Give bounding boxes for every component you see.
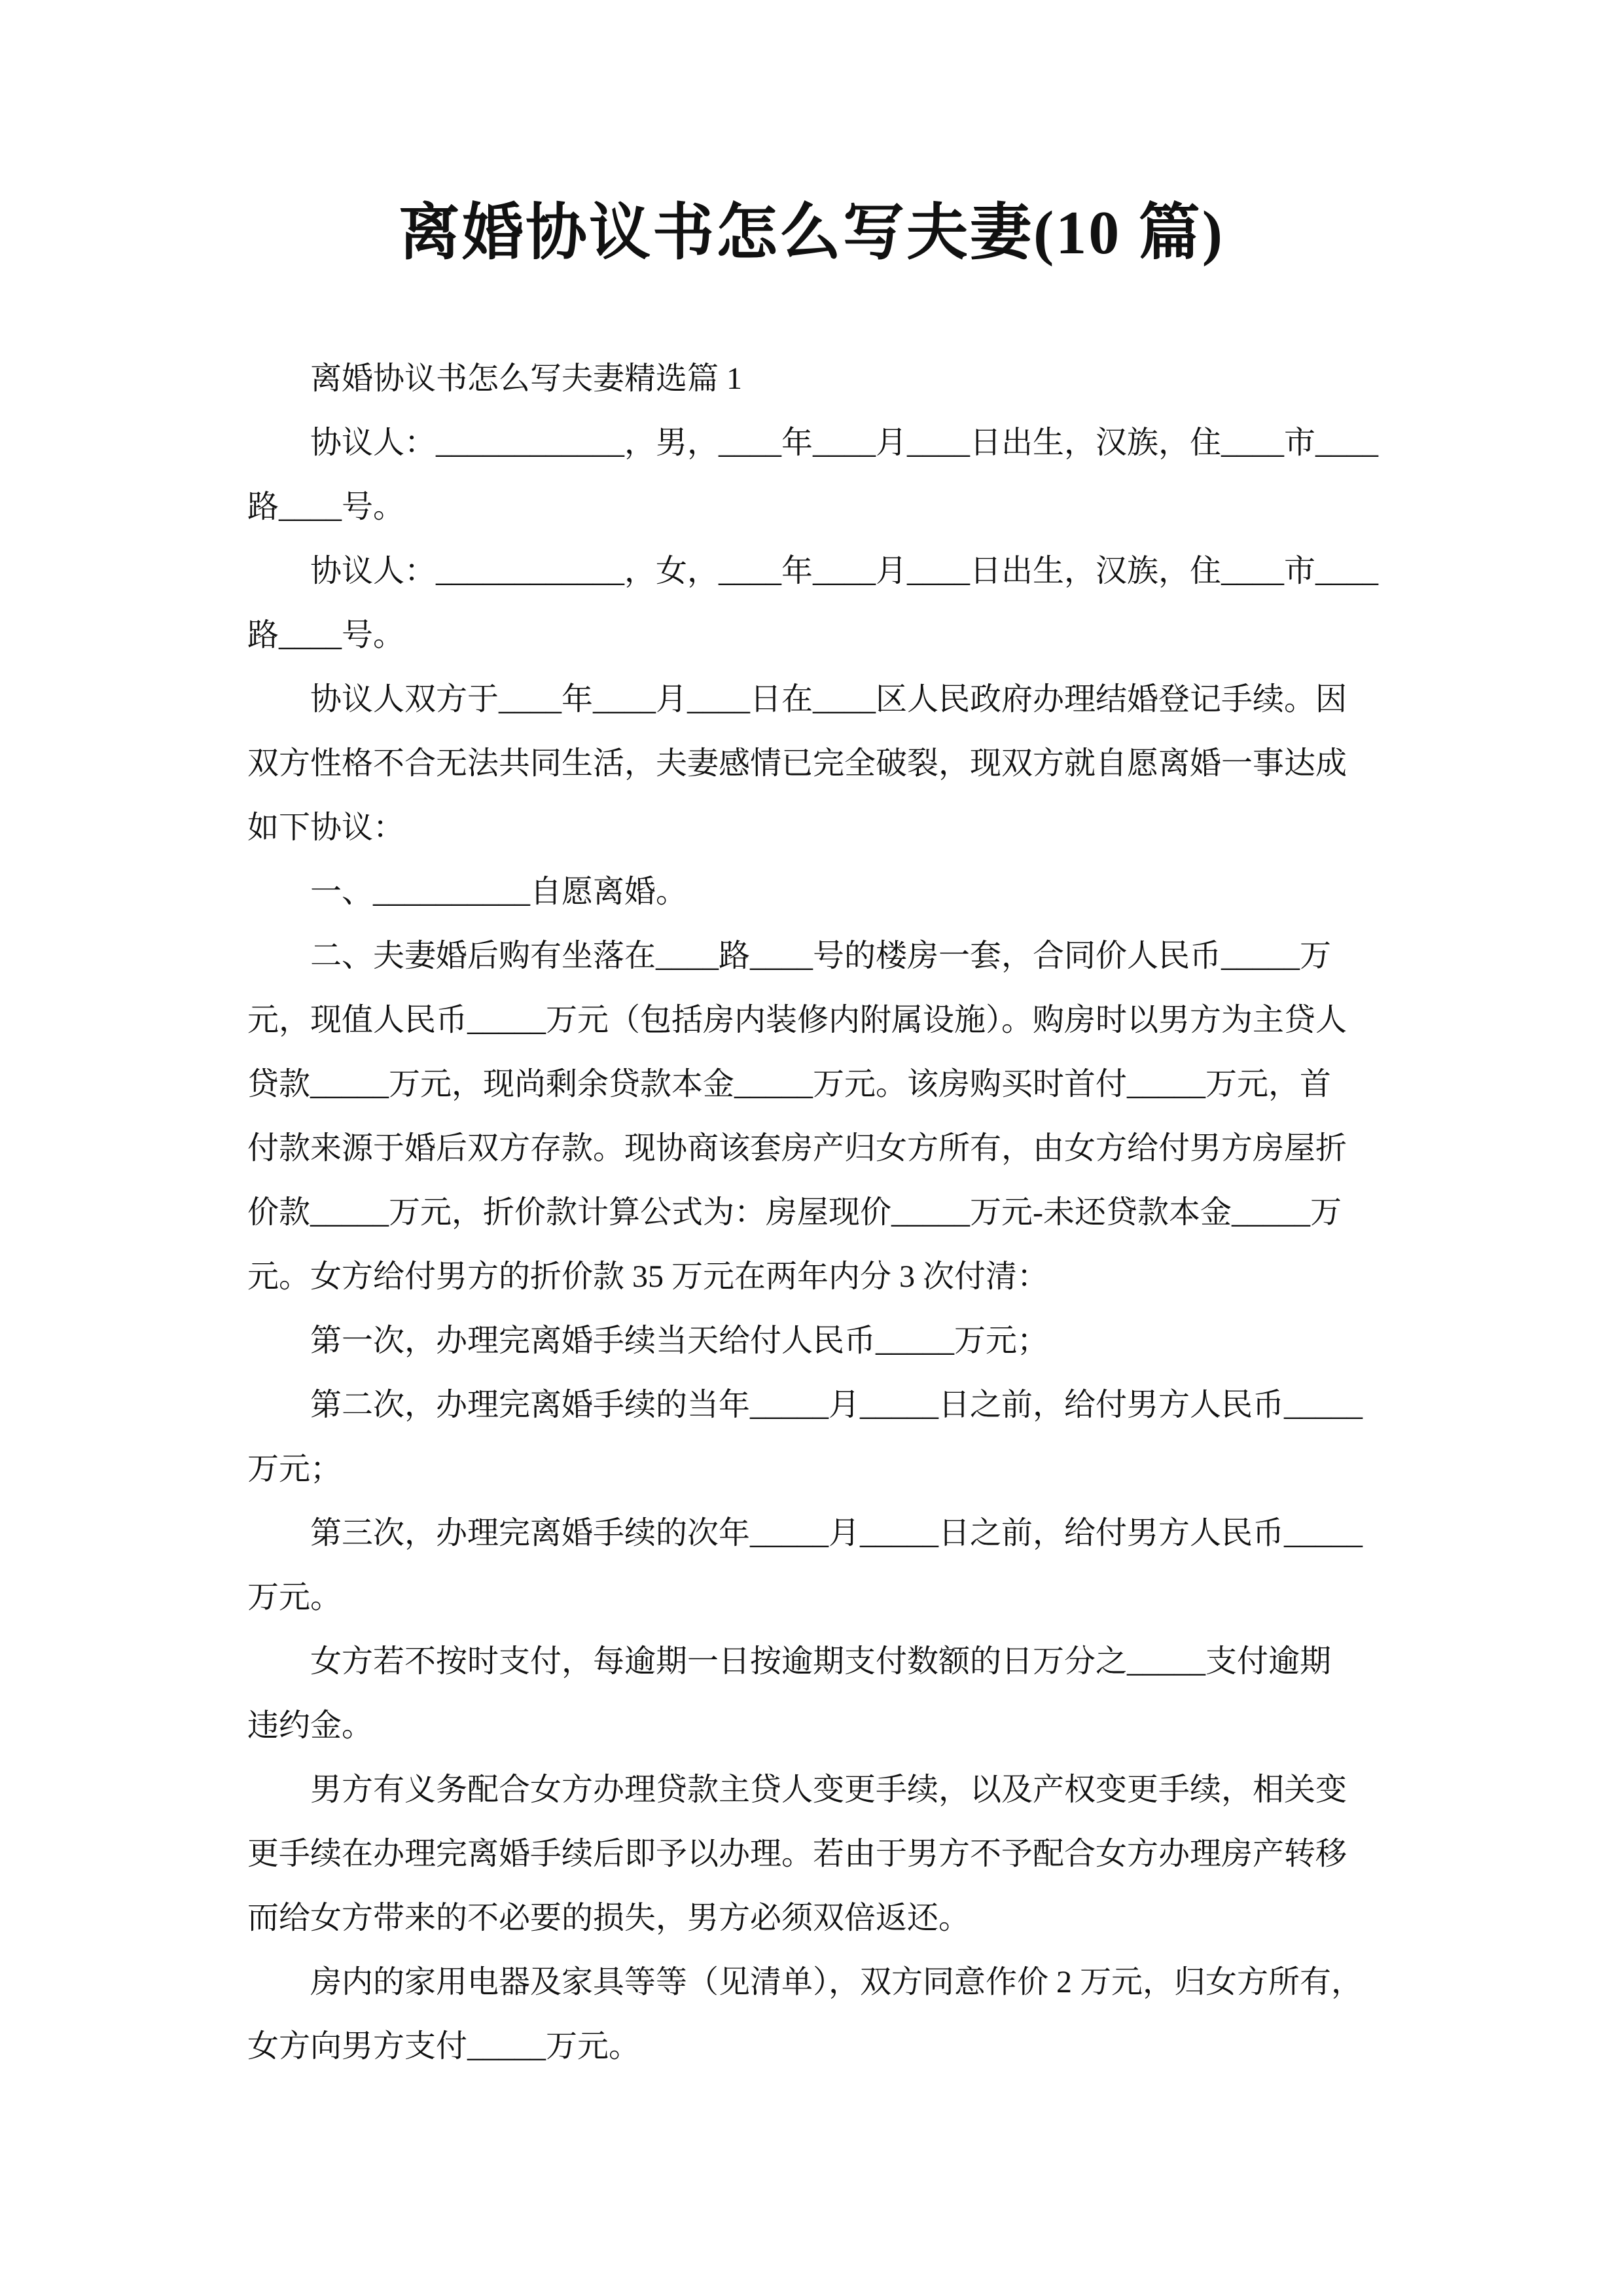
text-line: 贷款_____万元，现尚剩余贷款本金_____万元。该房购买时首付_____万元…	[247, 1052, 1386, 1117]
text-line: 一、__________自愿离婚。	[247, 860, 1386, 924]
text-line: 离婚协议书怎么写夫妻精选篇 1	[247, 347, 1386, 411]
text-line: 女方向男方支付_____万元。	[247, 2015, 1386, 2079]
text-line: 万元；	[247, 1437, 1386, 1501]
text-line: 而给女方带来的不必要的损失，男方必须双倍返还。	[247, 1886, 1386, 1950]
text-line: 房内的家用电器及家具等等（见清单），双方同意作价 2 万元，归女方所有，	[247, 1950, 1386, 2015]
document-body: 离婚协议书怎么写夫妻精选篇 1协议人：____________，男，____年_…	[247, 347, 1386, 2079]
text-line: 双方性格不合无法共同生活，夫妻感情已完全破裂，现双方就自愿离婚一事达成	[247, 732, 1386, 796]
text-line: 元。女方给付男方的折价款 35 万元在两年内分 3 次付清：	[247, 1245, 1386, 1309]
text-line: 女方若不按时支付，每逾期一日按逾期支付数额的日万分之_____支付逾期	[247, 1630, 1386, 1694]
document-title: 离婚协议书怎么写夫妻(10 篇)	[0, 200, 1623, 266]
text-line: 元，现值人民币_____万元（包括房内装修内附属设施）。购房时以男方为主贷人	[247, 988, 1386, 1052]
text-line: 付款来源于婚后双方存款。现协商该套房产归女方所有，由女方给付男方房屋折	[247, 1117, 1386, 1181]
text-line: 如下协议：	[247, 796, 1386, 860]
text-line: 男方有义务配合女方办理贷款主贷人变更手续，以及产权变更手续，相关变	[247, 1758, 1386, 1822]
text-line: 协议人：____________，女，____年____月____日出生，汉族，…	[247, 539, 1386, 603]
text-line: 协议人双方于____年____月____日在____区人民政府办理结婚登记手续。…	[247, 668, 1386, 732]
text-line: 第一次，办理完离婚手续当天给付人民币_____万元；	[247, 1309, 1386, 1373]
text-line: 万元。	[247, 1566, 1386, 1630]
text-line: 路____号。	[247, 475, 1386, 539]
text-line: 协议人：____________，男，____年____月____日出生，汉族，…	[247, 411, 1386, 475]
text-line: 价款_____万元，折价款计算公式为：房屋现价_____万元-未还贷款本金___…	[247, 1181, 1386, 1245]
text-line: 违约金。	[247, 1694, 1386, 1758]
text-line: 第二次，办理完离婚手续的当年_____月_____日之前，给付男方人民币____…	[247, 1373, 1386, 1437]
text-line: 第三次，办理完离婚手续的次年_____月_____日之前，给付男方人民币____…	[247, 1501, 1386, 1566]
text-line: 二、夫妻婚后购有坐落在____路____号的楼房一套，合同价人民币_____万	[247, 924, 1386, 988]
document-page: 离婚协议书怎么写夫妻(10 篇) 离婚协议书怎么写夫妻精选篇 1协议人：____…	[0, 0, 1623, 2296]
text-line: 路____号。	[247, 603, 1386, 668]
text-line: 更手续在办理完离婚手续后即予以办理。若由于男方不予配合女方办理房产转移	[247, 1822, 1386, 1886]
